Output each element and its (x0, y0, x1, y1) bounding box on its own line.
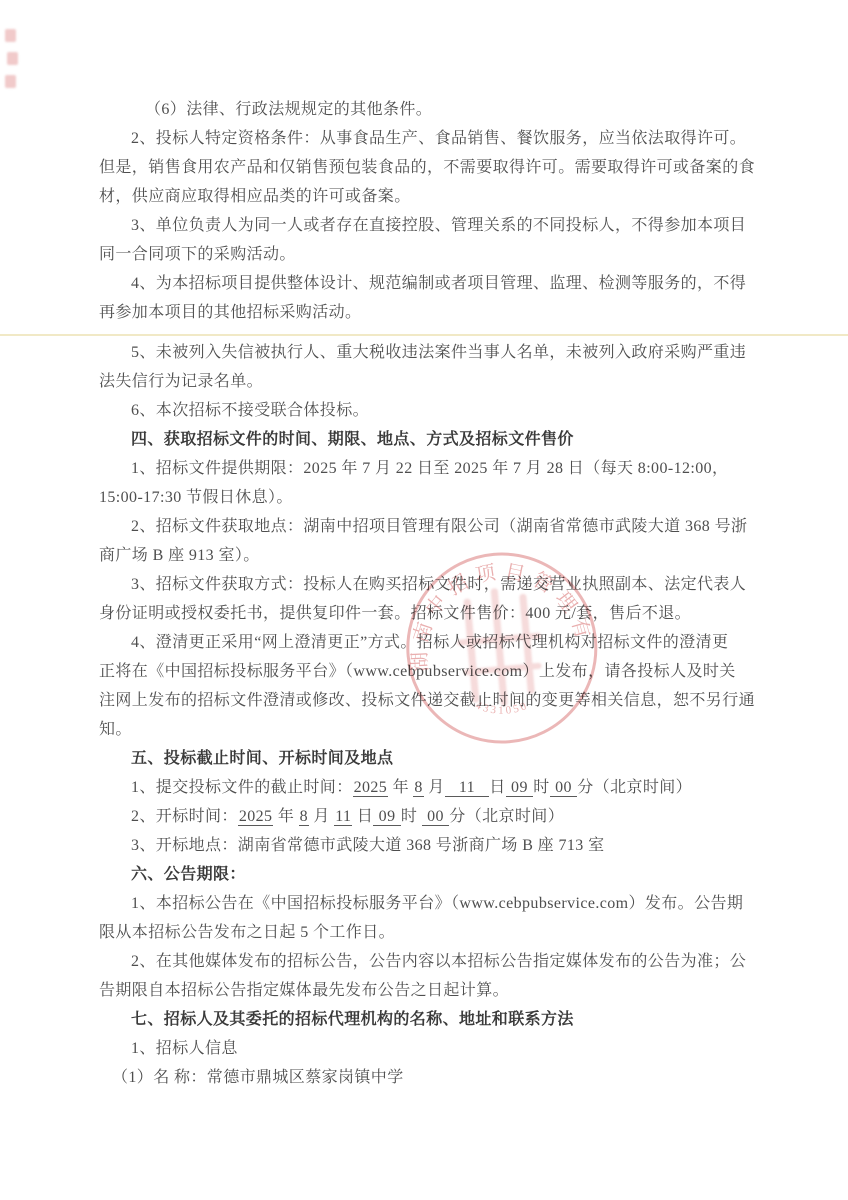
text-segment: 4、为本招标项目提供整体设计、规范编制或者项目管理、监理、检测等服务的，不得 (131, 275, 746, 292)
text-segment: 1、招标文件提供期限：2025 年 7 月 22 日至 2025 年 7 月 2… (131, 460, 728, 477)
text-segment: 15:00-17:30 节假日休息）。 (99, 489, 293, 506)
text-line: 同一合同项下的采购活动。 (99, 240, 769, 269)
text-line: 3、招标文件获取方式：投标人在购买招标文件时，需递交营业执照副本、法定代表人 (99, 570, 769, 599)
text-segment: 1、提交投标文件的截止时间： (131, 779, 353, 796)
text-segment: 时 (401, 808, 422, 825)
text-segment: 商广场 B 座 913 室）。 (99, 547, 260, 564)
text-line: 3、单位负责人为同一人或者存在直接控股、管理关系的不同投标人，不得参加本项目 (99, 211, 769, 240)
underlined-blank: 11 (445, 779, 490, 797)
text-line: 1、招标文件提供期限：2025 年 7 月 22 日至 2025 年 7 月 2… (99, 454, 769, 483)
underlined-blank: 00 (550, 779, 578, 797)
text-segment: 1、招标人信息 (131, 1040, 238, 1057)
text-line: （6）法律、行政法规规定的其他条件。 (99, 95, 769, 124)
section-heading: 七、招标人及其委托的招标代理机构的名称、地址和联系方法 (99, 1005, 769, 1034)
text-segment: 告期限自本招标公告指定媒体最先发布公告之日起计算。 (99, 982, 509, 999)
text-segment: 2、招标文件获取地点：湖南中招项目管理有限公司（湖南省常德市武陵大道 368 号… (131, 518, 747, 535)
text-segment: 2、投标人特定资格条件：从事食品生产、食品销售、餐饮服务，应当依法取得许可。 (131, 130, 746, 147)
text-line: 商广场 B 座 913 室）。 (99, 541, 769, 570)
text-segment: 日 (489, 779, 505, 796)
text-segment: 3、招标文件获取方式：投标人在购买招标文件时，需递交营业执照副本、法定代表人 (131, 576, 746, 593)
text-segment: 年 (388, 779, 413, 796)
text-line: 再参加本项目的其他招标采购活动。 (99, 298, 769, 327)
underlined-blank: 00 (422, 808, 450, 826)
text-segment: 限从本招标公告发布之日起 5 个工作日。 (99, 924, 395, 941)
text-segment: 月 (309, 808, 334, 825)
text-segment: 日 (352, 808, 373, 825)
text-line: 4、为本招标项目提供整体设计、规范编制或者项目管理、监理、检测等服务的，不得 (99, 269, 769, 298)
text-line: 2、投标人特定资格条件：从事食品生产、食品销售、餐饮服务，应当依法取得许可。 (99, 124, 769, 153)
text-segment: 分（北京时间） (449, 808, 564, 825)
text-line: 5、未被列入失信被执行人、重大税收违法案件当事人名单，未被列入政府采购严重违 (99, 338, 769, 367)
text-segment: 注网上发布的招标文件澄清或修改、投标文件递交截止时间的变更等相关信息，恕不另行通 (99, 692, 755, 709)
text-line: 4、澄清更正采用“网上澄清更正”方式。招标人或招标代理机构对招标文件的澄清更 (99, 628, 769, 657)
underlined-blank: 2025 (238, 808, 274, 826)
underlined-blank: 09 (506, 779, 534, 797)
text-line: 限从本招标公告发布之日起 5 个工作日。 (99, 918, 769, 947)
document-content: （6）法律、行政法规规定的其他条件。2、投标人特定资格条件：从事食品生产、食品销… (99, 95, 769, 1092)
text-line: 3、开标地点：湖南省常德市武陵大道 368 号浙商广场 B 座 713 室 (99, 831, 769, 860)
document-page: （6）法律、行政法规规定的其他条件。2、投标人特定资格条件：从事食品生产、食品销… (0, 0, 848, 1200)
text-line: 法失信行为记录名单。 (99, 367, 769, 396)
text-segment: 正将在《中国招标投标服务平台》（www.cebpubservice.com）上发… (99, 663, 736, 680)
text-segment: 六、公告期限： (131, 866, 246, 883)
underlined-blank: 2025 (353, 779, 389, 797)
text-segment: 再参加本项目的其他招标采购活动。 (99, 304, 361, 321)
text-segment: 3、开标地点：湖南省常德市武陵大道 368 号浙商广场 B 座 713 室 (131, 837, 604, 854)
red-corner-mark (7, 52, 18, 65)
section-heading: 四、获取招标文件的时间、期限、地点、方式及招标文件售价 (99, 425, 769, 454)
text-segment: 材，供应商应取得相应品类的许可或备案。 (99, 188, 411, 205)
text-segment: 同一合同项下的采购活动。 (99, 246, 296, 263)
underlined-blank: 8 (299, 808, 309, 826)
red-corner-mark (5, 75, 16, 88)
underlined-blank: 09 (373, 808, 401, 826)
text-line: 2、开标时间：2025 年 8 月 11 日 09 时 00 分（北京时间） (99, 802, 769, 831)
text-line: 注网上发布的招标文件澄清或修改、投标文件递交截止时间的变更等相关信息，恕不另行通 (99, 686, 769, 715)
text-line: 2、招标文件获取地点：湖南中招项目管理有限公司（湖南省常德市武陵大道 368 号… (99, 512, 769, 541)
text-segment: 2、开标时间： (131, 808, 238, 825)
text-segment: 四、获取招标文件的时间、期限、地点、方式及招标文件售价 (131, 431, 574, 448)
text-segment: （1）名 称：常德市鼎城区蔡家岗镇中学 (112, 1069, 404, 1086)
text-line: 身份证明或授权委托书，提供复印件一套。招标文件售价：400 元/套，售后不退。 (99, 599, 769, 628)
section-heading: 五、投标截止时间、开标时间及地点 (99, 744, 769, 773)
text-line: 材，供应商应取得相应品类的许可或备案。 (99, 182, 769, 211)
underlined-blank: 8 (413, 779, 423, 797)
text-segment: 5、未被列入失信被执行人、重大税收违法案件当事人名单，未被列入政府采购严重违 (131, 344, 746, 361)
text-segment: 知。 (99, 721, 132, 738)
text-segment: 法失信行为记录名单。 (99, 373, 263, 390)
text-segment: 3、单位负责人为同一人或者存在直接控股、管理关系的不同投标人，不得参加本项目 (131, 217, 746, 234)
text-segment: 4、澄清更正采用“网上澄清更正”方式。招标人或招标代理机构对招标文件的澄清更 (131, 634, 728, 651)
text-line: 1、招标人信息 (99, 1034, 769, 1063)
text-segment: 2、在其他媒体发布的招标公告，公告内容以本招标公告指定媒体发布的公告为准；公 (131, 953, 746, 970)
text-segment: 身份证明或授权委托书，提供复印件一套。招标文件售价：400 元/套，售后不退。 (99, 605, 691, 622)
text-line: 正将在《中国招标投标服务平台》（www.cebpubservice.com）上发… (99, 657, 769, 686)
text-line: 2、在其他媒体发布的招标公告，公告内容以本招标公告指定媒体发布的公告为准；公 (99, 947, 769, 976)
text-line: 1、提交投标文件的截止时间：2025 年 8 月 11 日 09 时 00 分（… (99, 773, 769, 802)
text-segment: 分（北京时间） (577, 779, 692, 796)
text-segment: 年 (273, 808, 298, 825)
text-segment: 1、本招标公告在《中国招标投标服务平台》（www.cebpubservice.c… (131, 895, 743, 912)
text-segment: （6）法律、行政法规规定的其他条件。 (145, 101, 432, 118)
text-line: 但是，销售食用农产品和仅销售预包装食品的，不需要取得许可。需要取得许可或备案的食 (99, 153, 769, 182)
text-line: 1、本招标公告在《中国招标投标服务平台》（www.cebpubservice.c… (99, 889, 769, 918)
text-line: 15:00-17:30 节假日休息）。 (99, 483, 769, 512)
text-line: 告期限自本招标公告指定媒体最先发布公告之日起计算。 (99, 976, 769, 1005)
text-line: 知。 (99, 715, 769, 744)
text-segment: 但是，销售食用农产品和仅销售预包装食品的，不需要取得许可。需要取得许可或备案的食 (99, 159, 755, 176)
text-line: 6、本次招标不接受联合体投标。 (99, 396, 769, 425)
text-segment: 月 (424, 779, 445, 796)
text-segment: 五、投标截止时间、开标时间及地点 (131, 750, 393, 767)
text-segment: 七、招标人及其委托的招标代理机构的名称、地址和联系方法 (131, 1011, 574, 1028)
text-line: （1）名 称：常德市鼎城区蔡家岗镇中学 (99, 1063, 769, 1092)
text-segment: 6、本次招标不接受联合体投标。 (131, 402, 369, 419)
underlined-blank: 11 (334, 808, 352, 826)
section-heading: 六、公告期限： (99, 860, 769, 889)
red-corner-mark (5, 29, 16, 42)
text-segment: 时 (533, 779, 549, 796)
